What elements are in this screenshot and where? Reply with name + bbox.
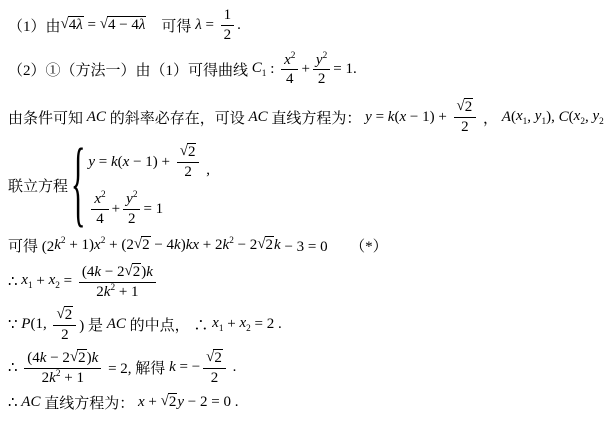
fraction: √22 (53, 306, 76, 344)
superscripted-variable: k2 (104, 284, 115, 301)
denominator: 4 (93, 210, 107, 228)
text: . (229, 359, 237, 376)
text: = − (176, 359, 200, 376)
superscripted-variable: k2 (54, 237, 65, 254)
math-variable: k (94, 264, 101, 281)
text: − 2 = 0 . (184, 394, 238, 411)
text: , (527, 109, 535, 126)
text: + 1 (115, 284, 138, 301)
text: 的斜率必存在，可设 (106, 107, 249, 128)
math-variable: x (516, 108, 523, 124)
subscripted-variable: x2 (239, 315, 250, 334)
math-variable: x (94, 191, 101, 207)
text: ∵ (8, 315, 21, 334)
math-variable: A (502, 109, 511, 126)
text: − 2 (234, 237, 257, 254)
text: 2 (78, 350, 86, 367)
radicand: 2 (64, 306, 74, 324)
math-variable: λ (139, 17, 146, 34)
subscripted-variable: x2 (574, 108, 585, 127)
radical: √2 (180, 143, 197, 161)
math-variable: k (49, 370, 56, 386)
math-variable: k (174, 237, 181, 254)
text: ∴ (8, 393, 21, 412)
text: − 2 (46, 350, 69, 367)
math-line-4: 联立方程{y = k(x − 1) + √22 ,x24+y22= 1 (8, 143, 598, 228)
text: （2）①（方法一）由（1）可得曲线 (8, 59, 252, 80)
text: . (237, 17, 241, 34)
math-variable: C (252, 60, 262, 76)
text: = (84, 17, 100, 34)
text: + (112, 201, 120, 218)
radical: √2 (457, 98, 474, 116)
text: 2 (318, 71, 326, 88)
text: 4 − 4 (108, 17, 139, 34)
radicand: 2 (77, 349, 87, 367)
text: − 3 = 0 （*） (281, 235, 388, 256)
text: 由条件可知 (8, 107, 87, 128)
text: 1 (224, 7, 232, 24)
denominator: 2k2 + 1 (39, 369, 87, 387)
superscript: 2 (291, 51, 296, 61)
math-variable: x (212, 315, 219, 331)
math-variable: x (21, 272, 28, 288)
radical: √2 (56, 306, 73, 324)
radicand: 2 (265, 236, 275, 254)
denominator: 4 (283, 70, 297, 88)
text: + (223, 316, 239, 333)
math-variable: k (92, 350, 99, 367)
fraction: x24 (281, 52, 298, 89)
numerator: √2 (454, 98, 477, 118)
superscripted-variable: x2 (94, 191, 105, 208)
math-line-9: ∴ AC 直线方程为： x + √2y − 2 = 0 . (8, 392, 598, 413)
radical: √2 (257, 236, 274, 254)
text: 2 (214, 350, 222, 367)
text: 2 (211, 370, 219, 387)
math-line-1: （1）由√4λ = √4 − 4λ 可得 λ = 12. (8, 7, 598, 44)
text: = 1 (143, 201, 163, 218)
math-variable: x (123, 154, 130, 171)
numerator: y2 (123, 191, 140, 210)
denominator: 2 (208, 369, 222, 387)
text: − 1) + (406, 109, 450, 126)
math-variable: AC (248, 109, 267, 126)
math-variable: x (284, 52, 291, 68)
radical: √2 (206, 349, 223, 367)
denominator: 2 (58, 326, 72, 344)
superscript: 2 (101, 190, 106, 200)
radicand: 4 − 4λ (107, 16, 146, 34)
text: + 2 (199, 237, 222, 254)
text: − 4 (151, 237, 174, 254)
math-variable: y (88, 154, 95, 171)
text: 2 (184, 164, 192, 181)
text: ) 是 (79, 314, 107, 335)
subscripted-variable: x1 (212, 315, 223, 334)
numerator: 1 (221, 7, 235, 26)
fraction: √22 (177, 143, 200, 181)
text: 2 (188, 144, 196, 161)
equation-rows: y = k(x − 1) + √22 ,x24+y22= 1 (88, 143, 210, 228)
fraction: (4k − 2√2)k2k2 + 1 (79, 263, 156, 301)
text: + (2 (105, 237, 133, 254)
radicand: 2 (187, 143, 197, 161)
radicand: 2 (141, 236, 151, 254)
text: ， (479, 107, 502, 128)
radical: √2 (125, 263, 142, 281)
equation-system: {y = k(x − 1) + √22 ,x24+y22= 1 (70, 143, 210, 228)
text: 2 (65, 307, 73, 324)
text: 2 (465, 99, 473, 116)
fraction: (4k − 2√2)k2k2 + 1 (24, 349, 101, 387)
text: = 2, 解得 (104, 357, 169, 378)
math-variable: y (365, 109, 372, 126)
text: (4 (27, 350, 40, 367)
math-variable: k (169, 359, 176, 376)
text: ), (546, 109, 559, 126)
superscript: 2 (133, 190, 138, 200)
text: (1, (30, 316, 50, 333)
text: + 1 (61, 370, 84, 387)
text: + (145, 394, 161, 411)
text: 4 (286, 71, 294, 88)
radicand: 2 (464, 98, 474, 116)
math-variable: x (138, 394, 145, 411)
text: 的中点， ∴ (126, 314, 212, 335)
numerator: (4k − 2√2)k (79, 263, 156, 283)
math-variable: C (559, 109, 569, 126)
math-variable: AC (21, 394, 40, 411)
radicand: 2 (168, 393, 178, 411)
fraction: y22 (123, 191, 140, 228)
text: 直线方程为： (40, 392, 138, 413)
text: − 2 (101, 264, 124, 281)
subscripted-variable: x1 (21, 272, 32, 291)
math-line-5: 可得 (2k2 + 1)x2 + (2√2 − 4k)kx + 2k2 − 2√… (8, 235, 598, 256)
denominator: 2 (181, 163, 195, 181)
text: （1）由 (8, 15, 61, 36)
math-variable: kx (186, 237, 199, 254)
math-line-2: （2）①（方法一）由（1）可得曲线 C1 : x24+y22= 1. (8, 52, 598, 89)
text: 2 (128, 211, 136, 228)
math-variable: λ (76, 17, 83, 34)
denominator: 2 (458, 118, 472, 136)
math-variable: k (274, 237, 281, 254)
math-variable: k (146, 264, 153, 281)
text: ∴ (8, 272, 21, 291)
math-variable: k (388, 109, 395, 126)
numerator: x2 (91, 191, 108, 210)
fraction: y22 (313, 52, 330, 89)
math-variable: y (177, 394, 184, 411)
equation-row: x24+y22= 1 (88, 191, 210, 228)
text: = (372, 109, 388, 126)
subscripted-variable: x2 (49, 272, 60, 291)
text: 可得 (146, 15, 195, 36)
superscripted-variable: x2 (284, 52, 295, 69)
subscripted-variable: C1 (252, 60, 267, 79)
radical: √4 − 4λ (100, 16, 147, 34)
text: − 1) + (129, 154, 173, 171)
numerator: √2 (177, 143, 200, 163)
text: 2 (42, 370, 50, 387)
subscripted-variable: y2 (592, 108, 603, 127)
math-variable: y (126, 191, 133, 207)
math-variable: P (21, 316, 30, 333)
denominator: 2 (221, 26, 235, 44)
math-variable: k (54, 237, 61, 253)
math-line-8: ∴ (4k − 2√2)k2k2 + 1 = 2, 解得 k = −√22 . (8, 349, 598, 387)
equation-row: y = k(x − 1) + √22 , (88, 143, 210, 181)
math-variable: x (399, 109, 406, 126)
denominator: 2k2 + 1 (93, 283, 141, 301)
fraction: 12 (221, 7, 235, 44)
numerator: √2 (203, 349, 226, 369)
superscripted-variable: k2 (49, 370, 60, 387)
left-brace-icon: { (71, 137, 86, 234)
text: 2 (142, 237, 150, 254)
numerator: y2 (313, 52, 330, 71)
math-line-7: ∵ P(1, √22) 是 AC 的中点， ∴ x1 + x2 = 2 . (8, 306, 598, 344)
radicand: 4λ (68, 16, 84, 34)
text: 2 (169, 394, 177, 411)
superscripted-variable: x2 (94, 237, 105, 254)
radicand: 2 (132, 263, 142, 281)
text: 2 (266, 237, 274, 254)
math-line-6: ∴ x1 + x2 = (4k − 2√2)k2k2 + 1 (8, 263, 598, 301)
math-variable: y (316, 52, 323, 68)
radical: √2 (134, 236, 151, 254)
text: 4 (96, 211, 104, 228)
text: = (95, 154, 111, 171)
math-variable: AC (87, 109, 106, 126)
subscripted-variable: y1 (535, 108, 546, 127)
math-variable: AC (107, 316, 126, 333)
text: 2 (461, 119, 469, 136)
text: : (266, 61, 278, 78)
text: = (60, 273, 76, 290)
text: 2 (133, 264, 141, 281)
denominator: 2 (315, 70, 329, 88)
fraction: √22 (203, 349, 226, 387)
text: ∴ (8, 358, 21, 377)
superscripted-variable: k2 (223, 237, 234, 254)
numerator: √2 (53, 306, 76, 326)
text: + 1) (66, 237, 94, 254)
math-variable: k (40, 350, 47, 367)
denominator: 2 (125, 210, 139, 228)
math-line-3: 由条件可知 AC 的斜率必存在，可设 AC 直线方程为： y = k(x − 1… (8, 98, 598, 136)
text: = 2 . (251, 316, 282, 333)
text: = (202, 17, 218, 34)
text: 可得 (2 (8, 235, 54, 256)
math-variable: k (111, 154, 118, 171)
text: + (301, 61, 309, 78)
math-solution-document: （1）由√4λ = √4 − 4λ 可得 λ = 12.（2）①（方法一）由（1… (0, 0, 604, 413)
text: = 1. (333, 61, 356, 78)
text: (4 (82, 264, 95, 281)
superscripted-variable: y2 (316, 52, 327, 69)
fraction: x24 (91, 191, 108, 228)
subscripted-variable: x1 (516, 108, 527, 127)
separator: , (202, 162, 210, 181)
radical: √4λ (61, 16, 84, 34)
text: 联立方程 (8, 175, 68, 196)
fraction: √22 (454, 98, 477, 136)
radicand: 2 (213, 349, 223, 367)
numerator: x2 (281, 52, 298, 71)
text: 2 (96, 284, 104, 301)
text: 2 (224, 27, 232, 44)
text: + (33, 273, 49, 290)
page: { "colors": { "background": "#ffffff", "… (0, 0, 604, 429)
radical: √2 (161, 393, 178, 411)
superscript: 2 (323, 51, 328, 61)
radical: √2 (70, 349, 87, 367)
text: 直线方程为： (268, 107, 366, 128)
text: 2 (61, 327, 69, 344)
superscripted-variable: y2 (126, 191, 137, 208)
math-variable: x (94, 237, 101, 253)
numerator: (4k − 2√2)k (24, 349, 101, 369)
